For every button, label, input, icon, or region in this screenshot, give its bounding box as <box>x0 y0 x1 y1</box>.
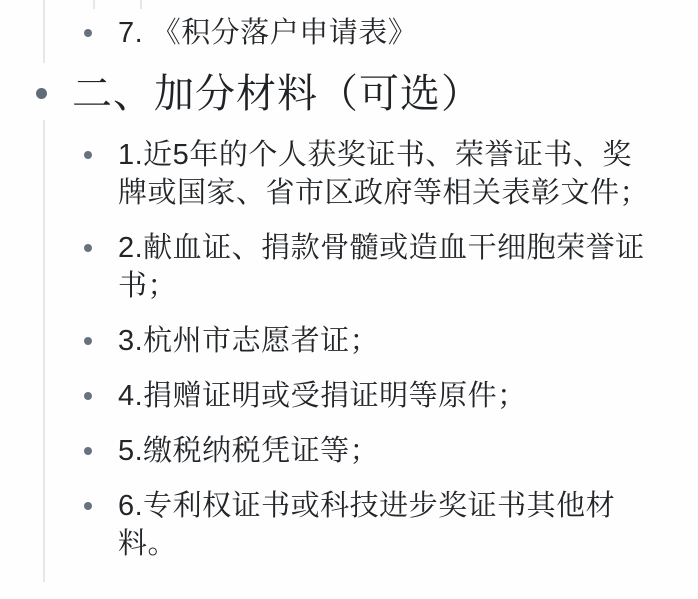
list-item-text: 4.捐赠证明或受捐证明等原件； <box>118 377 670 415</box>
bullet-icon[interactable] <box>84 337 92 345</box>
indent-guide <box>140 0 142 9</box>
outline-document: 7. 《积分落户申请表》 二、加分材料（可选） 1.近5年的个人获奖证书、荣誉证… <box>0 0 698 599</box>
list-item: 2.献血证、捐款骨髓或造血干细胞荣誉证 书； <box>45 229 698 305</box>
list-item-text: 3.杭州市志愿者证； <box>118 322 670 360</box>
bullet-icon[interactable] <box>84 244 92 252</box>
list-item-text: 7. 《积分落户申请表》 <box>118 14 670 52</box>
bullet-icon[interactable] <box>84 447 92 455</box>
list-item: 1.近5年的个人获奖证书、荣誉证书、奖 牌或国家、省市区政府等相关表彰文件； <box>45 136 698 212</box>
list-item: 6.专利权证书或科技进步奖证书其他材 料。 <box>45 487 698 563</box>
list-item-text: 5.缴税纳税凭证等； <box>118 432 670 470</box>
bullet-icon[interactable] <box>84 29 92 37</box>
list-item-text: 6.专利权证书或科技进步奖证书其他材 料。 <box>118 487 670 563</box>
list-item: 3.杭州市志愿者证； <box>45 322 698 360</box>
list-item-text: 1.近5年的个人获奖证书、荣誉证书、奖 牌或国家、省市区政府等相关表彰文件； <box>118 136 670 212</box>
section-children: 1.近5年的个人获奖证书、荣誉证书、奖 牌或国家、省市区政府等相关表彰文件； 2… <box>43 120 698 582</box>
bullet-icon[interactable] <box>84 392 92 400</box>
bullet-icon[interactable] <box>84 151 92 159</box>
indent-guide <box>93 0 95 9</box>
list-item: 4.捐赠证明或受捐证明等原件； <box>45 377 698 415</box>
list-item-text: 2.献血证、捐款骨髓或造血干细胞荣誉证 书； <box>118 229 670 305</box>
section-heading: 二、加分材料（可选） <box>72 68 482 120</box>
list-item: 7. 《积分落户申请表》 <box>45 14 698 52</box>
list-item: 5.缴税纳税凭证等； <box>45 432 698 470</box>
section-heading-row: 二、加分材料（可选） <box>0 68 698 120</box>
bullet-icon[interactable] <box>36 88 47 99</box>
previous-section-children: 7. 《积分落户申请表》 <box>43 0 698 63</box>
bullet-icon[interactable] <box>84 502 92 510</box>
